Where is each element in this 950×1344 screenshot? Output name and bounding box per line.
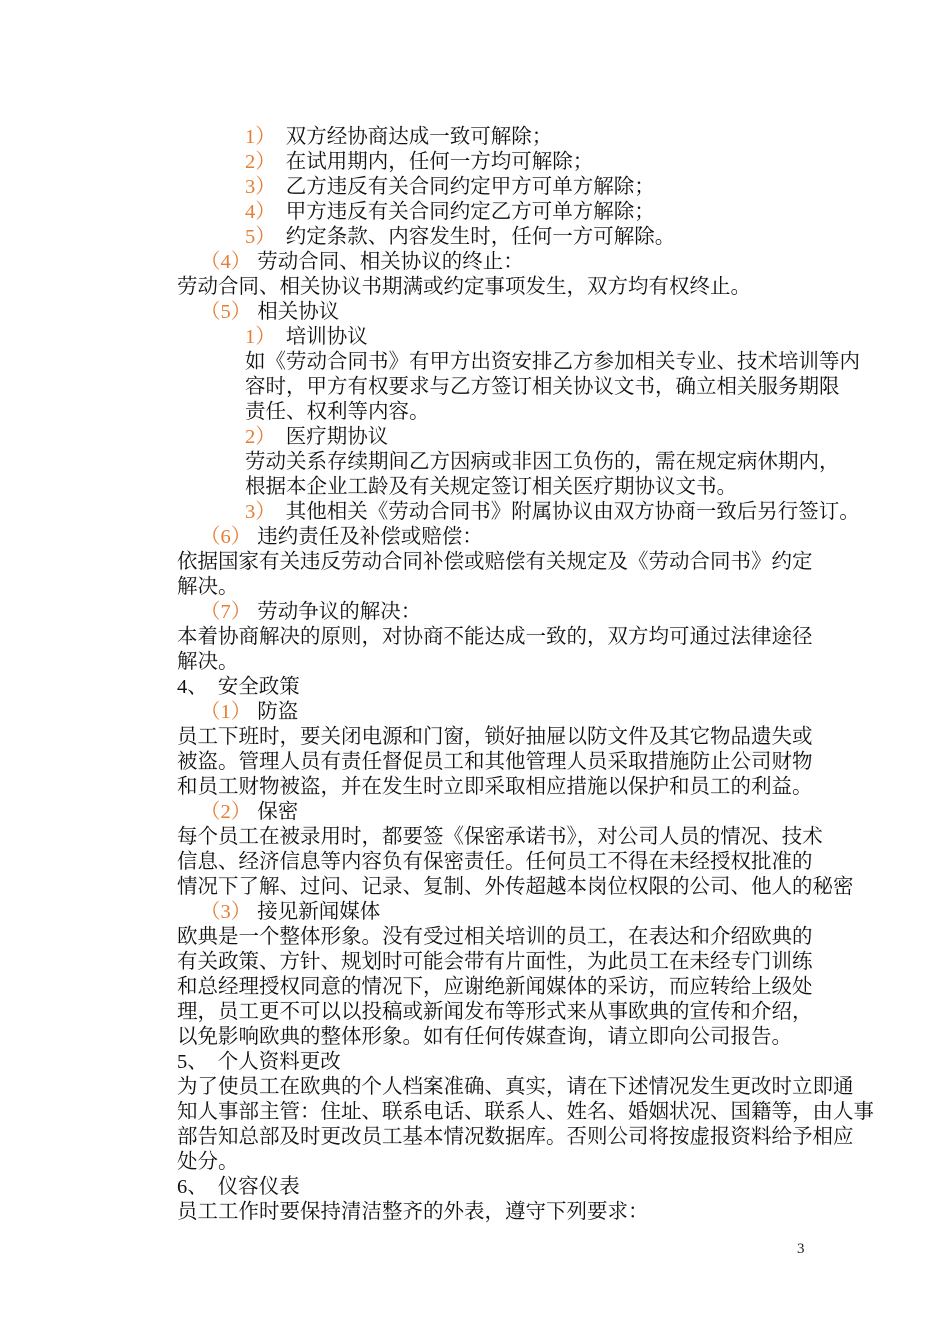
line-text: 处分。: [177, 1151, 239, 1173]
document-line: （2）保密: [200, 800, 950, 825]
list-number-marker: （2）: [200, 800, 251, 825]
document-line: 处分。: [177, 1150, 950, 1175]
document-line: 责任、权利等内容。: [245, 400, 950, 425]
document-line: 以免影响欧典的整体形象。如有任何传媒查询，请立即向公司报告。: [177, 1025, 950, 1050]
line-text: 劳动合同、相关协议书期满或约定事项发生，双方均有权终止。: [177, 276, 751, 298]
page-number: 3: [797, 1240, 805, 1258]
line-text: 根据本企业工龄及有关规定签订相关医疗期协议文书。: [245, 476, 737, 498]
line-text: 本着协商解决的原则，对协商不能达成一致的，双方均可通过法律途径: [177, 626, 813, 648]
line-text: 和总经理授权同意的情况下，应谢绝新闻媒体的采访，而应转给上级处: [177, 976, 813, 998]
document-line: 根据本企业工龄及有关规定签订相关医疗期协议文书。: [245, 475, 950, 500]
document-line: 4）甲方违反有关合同约定乙方可单方解除；: [245, 200, 950, 225]
document-line: （5）相关协议: [200, 300, 950, 325]
line-text: 欧典是一个整体形象。没有受过相关培训的员工，在表达和介绍欧典的: [177, 926, 813, 948]
line-text: 仪容仪表: [218, 1176, 300, 1198]
document-line: 知人事部主管：住址、联系电话、联系人、姓名、婚姻状况、国籍等，由人事: [177, 1100, 950, 1125]
line-text: 个人资料更改: [218, 1051, 341, 1073]
line-text: 情况下了解、过问、记录、复制、外传超越本岗位权限的公司、他人的秘密: [177, 876, 854, 898]
list-number-marker: 2）: [245, 425, 276, 450]
document-line: 3）乙方违反有关合同约定甲方可单方解除；: [245, 175, 950, 200]
line-text: 每个员工在被录用时，都要签《保密承诺书》，对公司人员的情况、技术: [177, 826, 823, 848]
line-text: 解决。: [177, 651, 239, 673]
list-number-marker: 6、: [177, 1175, 208, 1200]
list-number-marker: 3）: [245, 175, 276, 200]
line-text: 在试用期内，任何一方均可解除；: [286, 151, 594, 173]
document-line: 5、个人资料更改: [177, 1050, 950, 1075]
line-text: 违约责任及补偿或赔偿：: [257, 526, 483, 548]
document-line: 容时，甲方有权要求与乙方签订相关协议文书，确立相关服务期限: [245, 375, 950, 400]
list-number-marker: 1）: [245, 325, 276, 350]
line-text: 安全政策: [218, 676, 300, 698]
document-line: （3）接见新闻媒体: [200, 900, 950, 925]
document-line: 和总经理授权同意的情况下，应谢绝新闻媒体的采访，而应转给上级处: [177, 975, 950, 1000]
document-line: 2）医疗期协议: [245, 425, 950, 450]
line-text: 其他相关《劳动合同书》附属协议由双方协商一致后另行签订。: [286, 501, 860, 523]
list-number-marker: （4）: [200, 250, 251, 275]
document-line: 理，员工更不可以以投稿或新闻发布等形式来从事欧典的宣传和介绍，: [177, 1000, 950, 1025]
document-line: 4、安全政策: [177, 675, 950, 700]
document-line: 为了使员工在欧典的个人档案准确、真实，请在下述情况发生更改时立即通: [177, 1075, 950, 1100]
list-number-marker: 2）: [245, 150, 276, 175]
document-line: 欧典是一个整体形象。没有受过相关培训的员工，在表达和介绍欧典的: [177, 925, 950, 950]
list-number-marker: 3）: [245, 500, 276, 525]
line-text: 劳动争议的解决：: [257, 601, 421, 623]
document-line: 被盗。管理人员有责任督促员工和其他管理人员采取措施防止公司财物: [177, 750, 950, 775]
line-text: 知人事部主管：住址、联系电话、联系人、姓名、婚姻状况、国籍等，由人事: [177, 1101, 874, 1123]
list-number-marker: （7）: [200, 600, 251, 625]
line-text: 员工下班时，要关闭电源和门窗，锁好抽屉以防文件及其它物品遗失或: [177, 726, 813, 748]
list-number-marker: 5）: [245, 225, 276, 250]
document-line: 5）约定条款、内容发生时，任何一方可解除。: [245, 225, 950, 250]
document-line: 3）其他相关《劳动合同书》附属协议由双方协商一致后另行签订。: [245, 500, 950, 525]
line-text: 如《劳动合同书》有甲方出资安排乙方参加相关专业、技术培训等内: [245, 351, 860, 373]
line-text: 和员工财物被盗，并在发生时立即采取相应措施以保护和员工的利益。: [177, 776, 813, 798]
document-line: 依据国家有关违反劳动合同补偿或赔偿有关规定及《劳动合同书》约定: [177, 550, 950, 575]
list-number-marker: （5）: [200, 300, 251, 325]
line-text: 以免影响欧典的整体形象。如有任何传媒查询，请立即向公司报告。: [177, 1026, 792, 1048]
document-line: 2）在试用期内，任何一方均可解除；: [245, 150, 950, 175]
line-text: 劳动关系存续期间乙方因病或非因工负伤的，需在规定病休期内，: [245, 451, 840, 473]
list-number-marker: 5、: [177, 1050, 208, 1075]
document-line: 解决。: [177, 575, 950, 600]
document-line: 部告知总部及时更改员工基本情况数据库。否则公司将按虚报资料给予相应: [177, 1125, 950, 1150]
document-line: 员工工作时要保持清洁整齐的外表，遵守下列要求：: [177, 1200, 950, 1225]
line-text: 医疗期协议: [286, 426, 389, 448]
list-number-marker: 4）: [245, 200, 276, 225]
document-line: 信息、经济信息等内容负有保密责任。任何员工不得在未经授权批准的: [177, 850, 950, 875]
document-line: 如《劳动合同书》有甲方出资安排乙方参加相关专业、技术培训等内: [245, 350, 950, 375]
line-text: 信息、经济信息等内容负有保密责任。任何员工不得在未经授权批准的: [177, 851, 813, 873]
document-line: 每个员工在被录用时，都要签《保密承诺书》，对公司人员的情况、技术: [177, 825, 950, 850]
line-text: 解决。: [177, 576, 239, 598]
document-line: 解决。: [177, 650, 950, 675]
document-line: 有关政策、方针、规划时可能会带有片面性，为此员工在未经专门训练: [177, 950, 950, 975]
line-text: 保密: [257, 801, 298, 823]
list-number-marker: 1）: [245, 125, 276, 150]
document-page: 1）双方经协商达成一致可解除；2）在试用期内，任何一方均可解除；3）乙方违反有关…: [0, 0, 950, 1344]
line-text: 双方经协商达成一致可解除；: [286, 126, 553, 148]
line-text: 依据国家有关违反劳动合同补偿或赔偿有关规定及《劳动合同书》约定: [177, 551, 813, 573]
document-line: 6、仪容仪表: [177, 1175, 950, 1200]
list-number-marker: （3）: [200, 900, 251, 925]
line-text: 理，员工更不可以以投稿或新闻发布等形式来从事欧典的宣传和介绍，: [177, 1001, 813, 1023]
line-text: 被盗。管理人员有责任督促员工和其他管理人员采取措施防止公司财物: [177, 751, 813, 773]
line-text: 有关政策、方针、规划时可能会带有片面性，为此员工在未经专门训练: [177, 951, 813, 973]
document-line: 员工下班时，要关闭电源和门窗，锁好抽屉以防文件及其它物品遗失或: [177, 725, 950, 750]
document-line: （4）劳动合同、相关协议的终止：: [200, 250, 950, 275]
line-text: 约定条款、内容发生时，任何一方可解除。: [286, 226, 676, 248]
document-line: 1）培训协议: [245, 325, 950, 350]
line-text: 部告知总部及时更改员工基本情况数据库。否则公司将按虚报资料给予相应: [177, 1126, 854, 1148]
line-text: 乙方违反有关合同约定甲方可单方解除；: [286, 176, 655, 198]
line-text: 培训协议: [286, 326, 368, 348]
document-line: 情况下了解、过问、记录、复制、外传超越本岗位权限的公司、他人的秘密: [177, 875, 950, 900]
line-text: 防盗: [257, 701, 298, 723]
line-text: 劳动合同、相关协议的终止：: [257, 251, 524, 273]
line-text: 员工工作时要保持清洁整齐的外表，遵守下列要求：: [177, 1201, 649, 1223]
line-text: 为了使员工在欧典的个人档案准确、真实，请在下述情况发生更改时立即通: [177, 1076, 854, 1098]
document-line: （7）劳动争议的解决：: [200, 600, 950, 625]
list-number-marker: （1）: [200, 700, 251, 725]
document-line: （6）违约责任及补偿或赔偿：: [200, 525, 950, 550]
line-text: 接见新闻媒体: [257, 901, 380, 923]
document-line: 和员工财物被盗，并在发生时立即采取相应措施以保护和员工的利益。: [177, 775, 950, 800]
document-line: （1）防盗: [200, 700, 950, 725]
list-number-marker: 4、: [177, 675, 208, 700]
line-text: 甲方违反有关合同约定乙方可单方解除；: [286, 201, 655, 223]
document-line: 1）双方经协商达成一致可解除；: [245, 125, 950, 150]
line-text: 责任、权利等内容。: [245, 401, 430, 423]
document-line: 本着协商解决的原则，对协商不能达成一致的，双方均可通过法律途径: [177, 625, 950, 650]
document-line: 劳动合同、相关协议书期满或约定事项发生，双方均有权终止。: [177, 275, 950, 300]
line-text: 容时，甲方有权要求与乙方签订相关协议文书，确立相关服务期限: [245, 376, 840, 398]
document-line: 劳动关系存续期间乙方因病或非因工负伤的，需在规定病休期内，: [245, 450, 950, 475]
list-number-marker: （6）: [200, 525, 251, 550]
document-body: 1）双方经协商达成一致可解除；2）在试用期内，任何一方均可解除；3）乙方违反有关…: [0, 125, 950, 1225]
line-text: 相关协议: [257, 301, 339, 323]
